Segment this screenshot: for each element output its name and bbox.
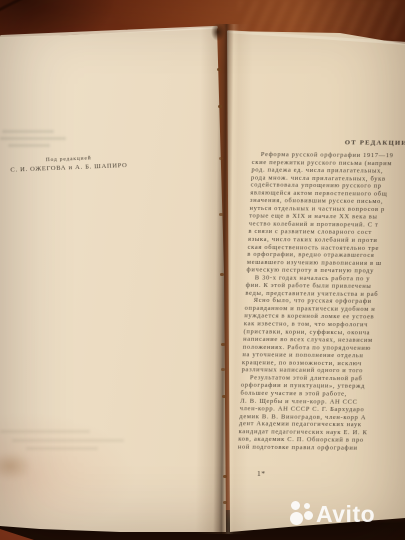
book-photo: Под редакцией С. И. ОЖЕГОВА и А. Б. ШАПИ… <box>0 0 405 540</box>
book-gutter <box>195 24 252 535</box>
from-the-editors-section: ОТ РЕДАКЦИИ Реформа русской орфографии 1… <box>238 138 405 453</box>
avito-watermark-text: Avito <box>316 499 375 529</box>
table-edge-streak <box>0 0 36 13</box>
spine-notch <box>211 23 225 41</box>
section-heading: ОТ РЕДАКЦИИ <box>345 139 405 148</box>
avito-watermark: Avito <box>290 499 375 529</box>
avito-logo-icon <box>290 501 313 527</box>
body-text: Реформа русской орфографии 1917—19ские п… <box>238 151 405 453</box>
signature-mark: 1* <box>257 469 266 478</box>
